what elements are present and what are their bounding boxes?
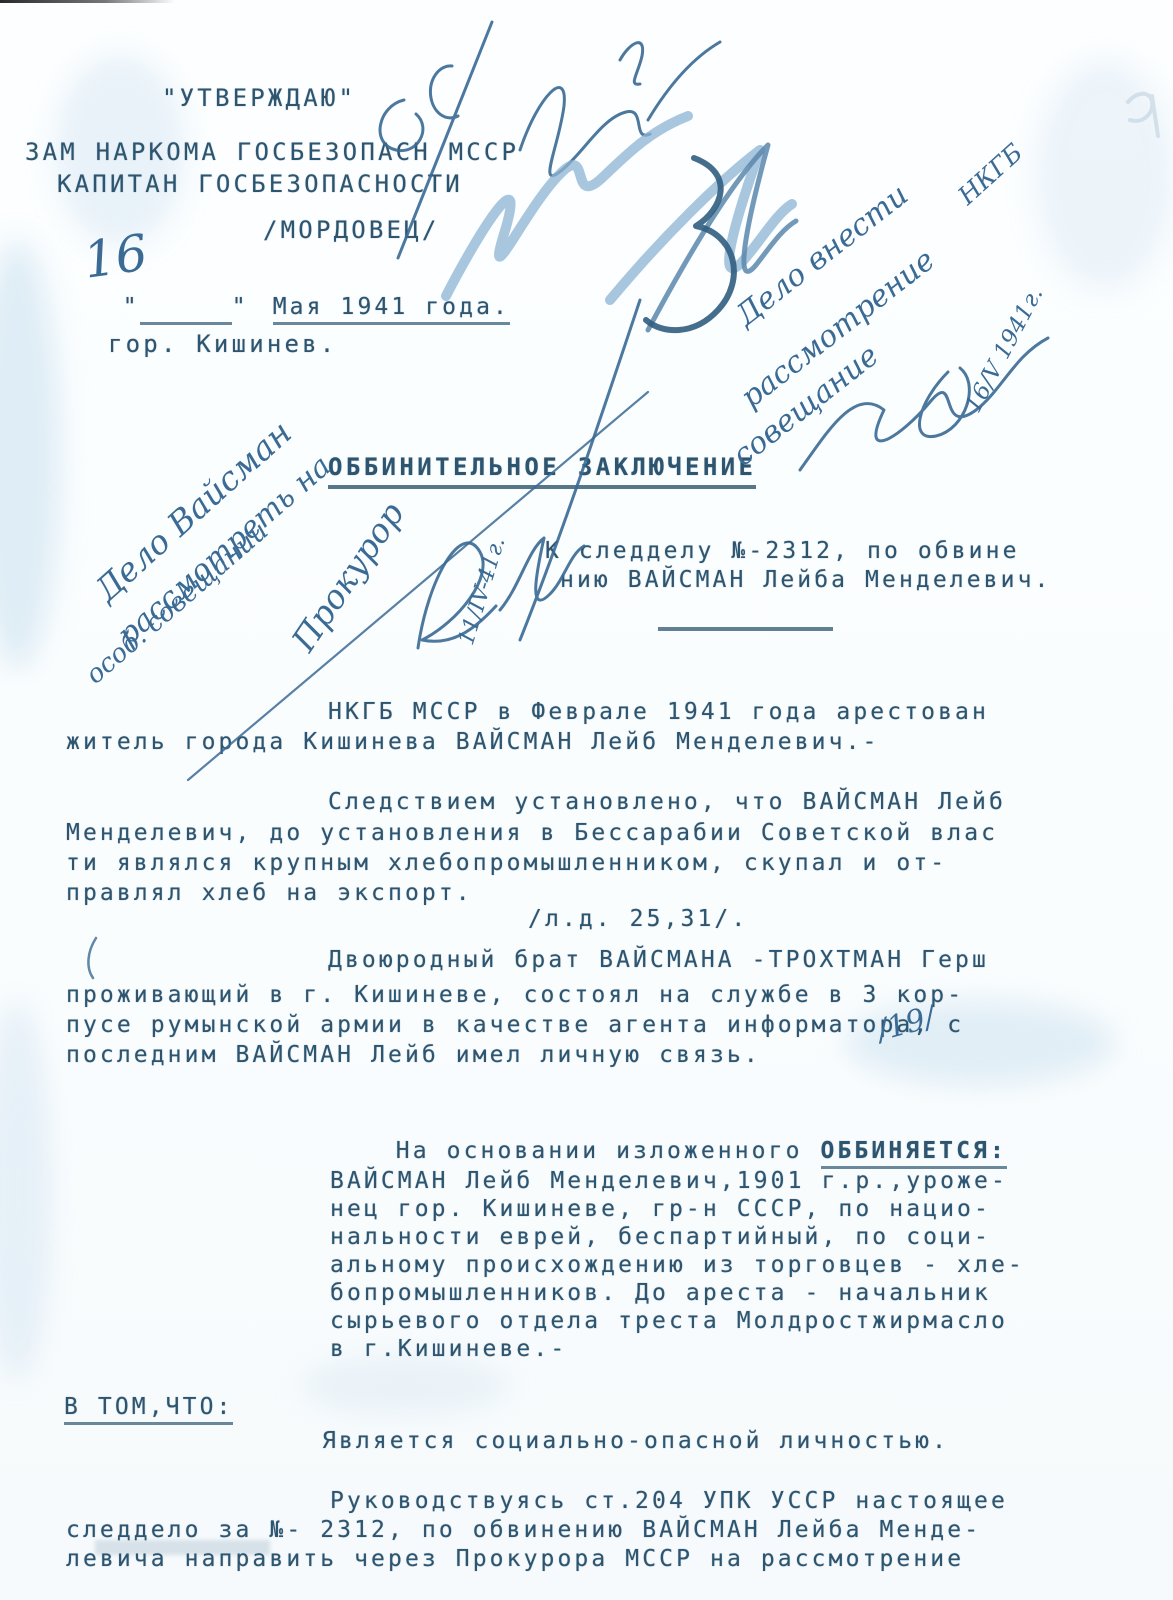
- right-signature: [800, 338, 1048, 470]
- diagonal-slash: [188, 392, 648, 780]
- scanned-document-page: "УТВЕРЖДАЮ" ЗАМ НАРКОМА ГОСБЕЗОПАСН МССР…: [0, 0, 1173, 1600]
- prosecutor-signature: [418, 300, 640, 648]
- margin-tick: [88, 938, 96, 978]
- ghost-bleedthrough: [1128, 94, 1158, 136]
- top-ink-scrawl: [380, 22, 720, 258]
- handwriting-scribbles: [0, 0, 1173, 1600]
- pencil-signature: [446, 116, 792, 300]
